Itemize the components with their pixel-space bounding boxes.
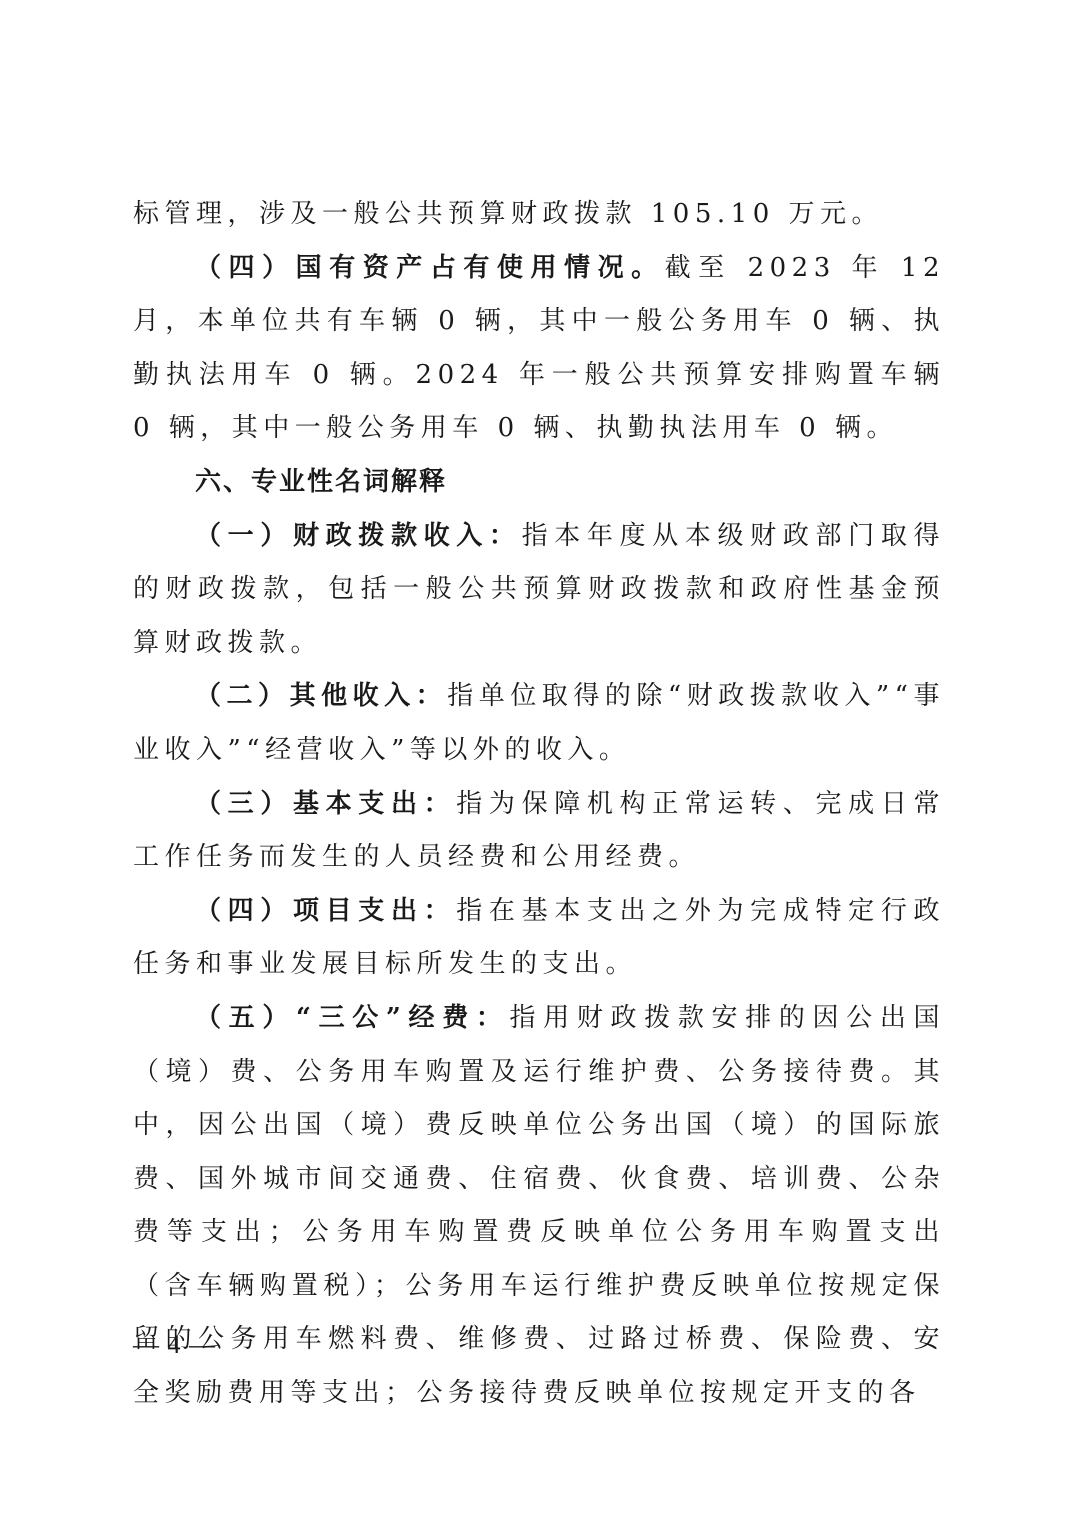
definition-three-public-expenses: （五）“三公”经费：指用财政拨款安排的因公出国（境）费、公务用车购置及运行维护费…: [133, 992, 945, 1421]
paragraph-state-assets: （四）国有资产占有使用情况。截至 2023 年 12 月，本单位共有车辆 0 辆…: [133, 242, 945, 456]
definition-text: 指用财政拨款安排的因公出国（境）费、公务用车购置及运行维护费、公务接待费。其中，…: [133, 1003, 945, 1408]
page-number: — 4 —: [133, 1330, 216, 1360]
paragraph-lead: （四）国有资产占有使用情况。: [195, 253, 665, 283]
definition-term: （五）“三公”经费：: [195, 1003, 510, 1033]
document-body: 标管理，涉及一般公共预算财政拨款 105.10 万元。 （四）国有资产占有使用情…: [133, 188, 945, 1421]
definition-term: （一）财政拨款收入：: [195, 521, 522, 551]
definition-fiscal-appropriation-income: （一）财政拨款收入：指本年度从本级财政部门取得的财政拨款，包括一般公共预算财政拨…: [133, 510, 945, 671]
paragraph-text: 标管理，涉及一般公共预算财政拨款 105.10 万元。: [133, 199, 883, 229]
paragraph-continuation: 标管理，涉及一般公共预算财政拨款 105.10 万元。: [133, 188, 945, 242]
section-heading: 六、专业性名词解释: [133, 456, 945, 510]
document-page: 标管理，涉及一般公共预算财政拨款 105.10 万元。 （四）国有资产占有使用情…: [0, 0, 1074, 1520]
definition-basic-expenditure: （三）基本支出：指为保障机构正常运转、完成日常工作任务而发生的人员经费和公用经费…: [133, 778, 945, 885]
definition-project-expenditure: （四）项目支出：指在基本支出之外为完成特定行政任务和事业发展目标所发生的支出。: [133, 885, 945, 992]
definition-term: （四）项目支出：: [195, 896, 456, 926]
definition-term: （三）基本支出：: [195, 789, 456, 819]
definition-other-income: （二）其他收入：指单位取得的除“财政拨款收入”“事业收入”“经营收入”等以外的收…: [133, 670, 945, 777]
definition-term: （二）其他收入：: [195, 681, 447, 711]
